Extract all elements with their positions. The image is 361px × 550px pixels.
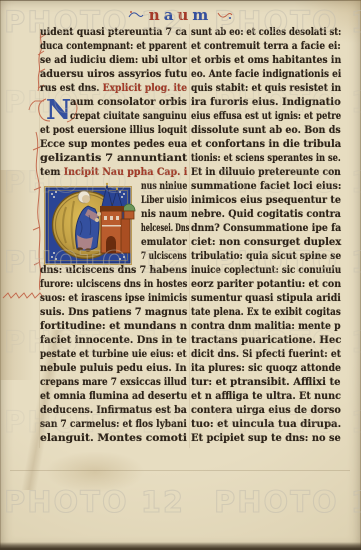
body-text: summatione faciet loci eius: [191, 180, 341, 192]
text-line: dns: ulciscens dns 7 habens [40, 263, 187, 277]
text-line: 7 ulciscens [141, 249, 187, 263]
body-text: ira furoris eius. Indignatio [191, 96, 341, 108]
body-text: dns: ulciscens dns 7 habens [40, 264, 187, 276]
body-text: suis. Dns patiens 7 magnus [40, 306, 187, 318]
body-text: suos: et irascens ipse inimicis [40, 292, 187, 304]
text-line: suis. Dns patiens 7 magnus [40, 305, 187, 319]
body-text: Liber uisio [141, 194, 187, 206]
body-text: et confortans in die tribula [191, 138, 341, 150]
body-text: rus est dns. [40, 82, 103, 94]
body-text: crepat ciuitate sanguinu [70, 110, 187, 122]
text-line: nebule puluis pedu eius. In [40, 361, 187, 375]
historiated-initial-o-miniature [44, 181, 136, 265]
text-line: nebre. Quid cogitatis contra [191, 207, 341, 221]
running-title-letter: m [192, 6, 208, 24]
text-line: nus niniue [141, 179, 187, 193]
text-line: inuice coplectunt: sic conuiuiu [191, 263, 341, 277]
body-text: eorz pariter potantiu: et con [191, 278, 341, 290]
text-line: dnm? Consummatione ipe fa [191, 221, 341, 235]
text-line: ita plures: sic quoqz attonde [191, 361, 341, 375]
body-text: contra dnm malitia: mente p [191, 320, 341, 332]
text-line: deducens. Infirmatus est ba [40, 403, 187, 417]
manuscript-photo: naum N [0, 0, 361, 550]
body-text: tuo: et uincula tua dirupa. [191, 418, 341, 430]
text-line: helcesei. Dns [141, 221, 187, 235]
header-flourish-left-icon [128, 9, 144, 21]
body-text: uident quasi ptereuntia 7 ca [40, 26, 187, 38]
text-line: summatione faciet loci eius: [191, 179, 341, 193]
text-line: tem Incipit Nau ppha Cap. i [40, 165, 187, 179]
text-line: tuo: et uincula tua dirupa. [191, 417, 341, 431]
text-line: suos: et irascens ipse inimicis [40, 291, 187, 305]
text-line: emulator [141, 235, 187, 249]
text-line: et n affliga te ultra. Et nunc [191, 389, 341, 403]
text-line: contera uirga eius de dorso [191, 403, 341, 417]
body-text: sumentur quasi stipula aridi [191, 292, 341, 304]
text-line: et omnia flumina ad desertu [40, 389, 187, 403]
text-line: eius effusa est ut ignis: et petre [191, 109, 341, 123]
body-text: nebule puluis pedu eius. In [40, 362, 187, 374]
body-text: et omnia flumina ad desertu [40, 390, 187, 402]
body-text: inuice coplectunt: sic conuiuiu [191, 264, 341, 276]
text-line: crepans mare 7 exsiccas illud [40, 375, 187, 389]
body-text: aum consolator orbis [70, 96, 187, 108]
body-text: furore: ulciscens dns in hostes [40, 278, 187, 290]
text-line: et contremuit terra a facie ei: [191, 39, 341, 53]
text-line: aduersu uiros assyrios futu [40, 67, 187, 81]
body-text: eo. Ante facie indignationis ei [191, 68, 341, 80]
text-line: nis naum [141, 207, 187, 221]
body-text: duca contempnant: et pparent [40, 40, 187, 52]
body-text: elanguit. Montes comoti [40, 432, 187, 444]
photo-bottom-edge [0, 542, 361, 550]
text-line: tractans puaricatione. Hec [191, 333, 341, 347]
body-text: et contremuit terra a facie ei: [191, 40, 341, 52]
body-text: gelizantis 7 annuntiant [40, 152, 187, 164]
body-text: 7 ulciscens [141, 250, 187, 262]
body-text: fortitudine: et mundans n [40, 320, 187, 332]
text-line: aum consolator orbis [70, 95, 187, 109]
header-flourish-right-icon [217, 9, 233, 21]
text-line: fortitudine: et mundans n [40, 319, 187, 333]
text-line: tribulatio: quia sicut spine se [191, 249, 341, 263]
body-text: tate plena. Ex te exibit cogitas [191, 306, 341, 318]
body-text: se ad iudiciu diem: ubi ultor [40, 54, 187, 66]
body-text: tem [40, 166, 64, 178]
text-line: sunt ab eo: et colles desolati st: [191, 25, 341, 39]
text-line: ira furoris eius. Indignatio [191, 95, 341, 109]
text-line: crepat ciuitate sanguinu [70, 109, 187, 123]
body-text: contera uirga eius de dorso [191, 404, 341, 416]
body-text: nebre. Quid cogitatis contra [191, 208, 341, 220]
body-text: nus niniue [141, 180, 187, 192]
body-text: nis naum [141, 208, 187, 220]
body-text: dnm? Consummatione ipe fa [191, 222, 341, 234]
text-line: faciet innocente. Dns in te [40, 333, 187, 347]
body-text: tractans puaricatione. Hec [191, 334, 341, 346]
body-text: dissolute sunt ab eo. Bon ds [191, 124, 341, 136]
body-text: aduersu uiros assyrios futu [40, 68, 187, 80]
body-text: quis stabit: et quis resistet in [191, 82, 341, 94]
body-text: dicit dns. Si pfecti fuerint: et [191, 348, 341, 360]
body-text: Et in diluuio pretereunte con [191, 166, 341, 178]
body-text: sunt ab eo: et colles desolati st: [191, 26, 341, 38]
text-line: pestate et turbine uie eius: et [40, 347, 187, 361]
body-text: Ecce sup montes pedes eua [40, 138, 187, 150]
text-line: duca contempnant: et pparent [40, 39, 187, 53]
dropcap-initial-n: N [46, 96, 74, 126]
body-text: Et pcipiet sup te dns: no se [191, 432, 341, 444]
text-line: quis stabit: et quis resistet in [191, 81, 341, 95]
body-text: et n affliga te ultra. Et nunc [191, 390, 341, 402]
body-text: ciet: non consurget duplex [191, 236, 341, 248]
body-text: et orbis et oms habitantes in [191, 54, 341, 66]
body-text: ita plures: sic quoqz attonde [191, 362, 341, 374]
text-line: dicit dns. Si pfecti fuerint: et [191, 347, 341, 361]
text-line: tionis: et sciens sperantes in se. [191, 151, 341, 165]
text-line: furore: ulciscens dns in hostes [40, 277, 187, 291]
text-line: rus est dns. Explicit plog. ite [40, 81, 187, 95]
running-title: naum [0, 6, 361, 24]
body-text: san 7 carmelus: et flos lybani [40, 418, 187, 430]
body-text: tur: et ptransibit. Afflixi te [191, 376, 341, 388]
text-line: sumentur quasi stipula aridi [191, 291, 341, 305]
running-title-letter: u [177, 6, 188, 24]
running-title-letter: a [164, 6, 174, 24]
body-text: eius effusa est ut ignis: et petre [191, 110, 341, 122]
body-text: crepans mare 7 exsiccas illud [40, 376, 187, 388]
text-line: inimicos eius psequentur te [191, 193, 341, 207]
body-text: tionis: et sciens sperantes in se. [191, 152, 341, 164]
rubric-text: Explicit plog. ite [103, 82, 187, 94]
text-line: gelizantis 7 annuntiant [40, 151, 187, 165]
running-title-letter: n [149, 6, 160, 24]
text-line: san 7 carmelus: et flos lybani [40, 417, 187, 431]
body-text: inimicos eius psequentur te [191, 194, 341, 206]
body-text: pestate et turbine uie eius: et [40, 348, 187, 360]
body-text: helcesei. Dns [141, 222, 189, 234]
running-title-letters: naum [149, 6, 212, 24]
rubric-text: Incipit Nau ppha Cap. i [64, 166, 188, 178]
text-line: et orbis et oms habitantes in [191, 53, 341, 67]
text-line: uident quasi ptereuntia 7 ca [40, 25, 187, 39]
text-line: eorz pariter potantiu: et con [191, 277, 341, 291]
text-line: et confortans in die tribula [191, 137, 341, 151]
text-line: Ecce sup montes pedes eua [40, 137, 187, 151]
text-line: Liber uisio [141, 193, 187, 207]
text-line: Et in diluuio pretereunte con [191, 165, 341, 179]
text-line: elanguit. Montes comoti [40, 431, 187, 445]
text-line: Et pcipiet sup te dns: no se [191, 431, 341, 445]
body-text: emulator [141, 236, 187, 248]
body-text: deducens. Infirmatus est ba [40, 404, 187, 416]
text-line: ciet: non consurget duplex [191, 235, 341, 249]
text-line: tur: et ptransibit. Afflixi te [191, 375, 341, 389]
body-text: tribulatio: quia sicut spine se [191, 250, 341, 262]
text-line: contra dnm malitia: mente p [191, 319, 341, 333]
text-line: tate plena. Ex te exibit cogitas [191, 305, 341, 319]
text-column-right: sunt ab eo: et colles desolati st:et con… [191, 25, 341, 449]
text-line: se ad iudiciu diem: ubi ultor [40, 53, 187, 67]
text-line: dissolute sunt ab eo. Bon ds [191, 123, 341, 137]
text-line: eo. Ante facie indignationis ei [191, 67, 341, 81]
body-text: faciet innocente. Dns in te [40, 334, 187, 346]
